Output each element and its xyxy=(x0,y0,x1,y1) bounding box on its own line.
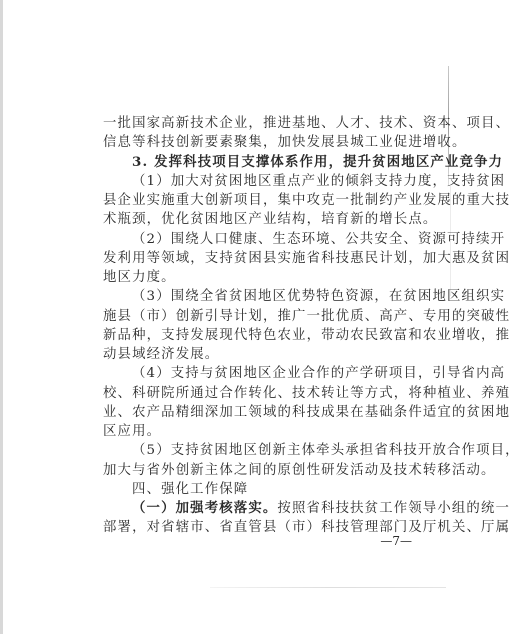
text-line: 施县（市）创新引导计划，推广一批优质、高产、专用的突破性 xyxy=(103,307,405,326)
text-line: 术瓶颈，优化贫困地区产业结构，培育新的增长点。 xyxy=(103,210,405,229)
text-line: 校、科研院所通过合作转化、技术转让等方式，将种植业、养殖 xyxy=(103,384,405,403)
text-line: 动县域经济发展。 xyxy=(103,345,405,364)
section-heading-3: 3. 发挥科技项目支撑体系作用，提升贫困地区产业竞争力 xyxy=(103,153,405,172)
paragraph-item-2: （2）围绕人口健康、生态环境、公共安全、资源可持续开 xyxy=(103,230,405,249)
text-line: 区应用。 xyxy=(103,422,405,441)
text-line: 发利用等领域，支持贫困县实施省科技惠民计划，加大惠及贫困 xyxy=(103,249,405,268)
subsection-heading-1: （一）加强考核落实。 xyxy=(132,500,277,516)
text-line: 新品种，支持发展现代特色农业，带动农民致富和农业增收，推 xyxy=(103,326,405,345)
section-heading-4: 四、强化工作保障 xyxy=(103,480,405,499)
text-line: 业、农产品精细深加工领域的科技成果在基础条件适宜的贫困地 xyxy=(103,403,405,422)
page-number: —7— xyxy=(360,534,412,548)
subsection-paragraph-1: （一）加强考核落实。按照省科技扶贫工作领导小组的统一 xyxy=(103,499,405,518)
text-line: 一批国家高新技术企业，推进基地、人才、技术、资本、项目、 xyxy=(103,114,405,133)
text-line: 信息等科技创新要素聚集，加快发展县城工业促进增收。 xyxy=(103,133,405,152)
text-line: 地区力度。 xyxy=(103,268,405,287)
scan-bottom-artifact xyxy=(210,587,446,588)
document-page-body: 一批国家高新技术企业，推进基地、人才、技术、资本、项目、 信息等科技创新要素聚集… xyxy=(103,114,405,538)
subsection-text: 按照省科技扶贫工作领导小组的统一 xyxy=(277,501,510,516)
text-line: 县企业实施重大创新项目，集中攻克一批制约产业发展的重大技 xyxy=(103,191,405,210)
paragraph-item-3: （3）围绕全省贫困地区优势特色资源，在贫困地区组织实 xyxy=(103,287,405,306)
paragraph-item-4: （4）支持与贫困地区企业合作的产学研项目，引导省内高 xyxy=(103,364,405,383)
paragraph-item-5: （5）支持贫困地区创新主体牵头承担省科技开放合作项目， xyxy=(103,441,405,460)
scan-left-edge xyxy=(0,0,3,634)
text-line: 加大与省外创新主体之间的原创性研发活动及技术转移活动。 xyxy=(103,461,405,480)
paragraph-item-1: （1）加大对贫困地区重点产业的倾斜支持力度，支持贫困 xyxy=(103,172,405,191)
